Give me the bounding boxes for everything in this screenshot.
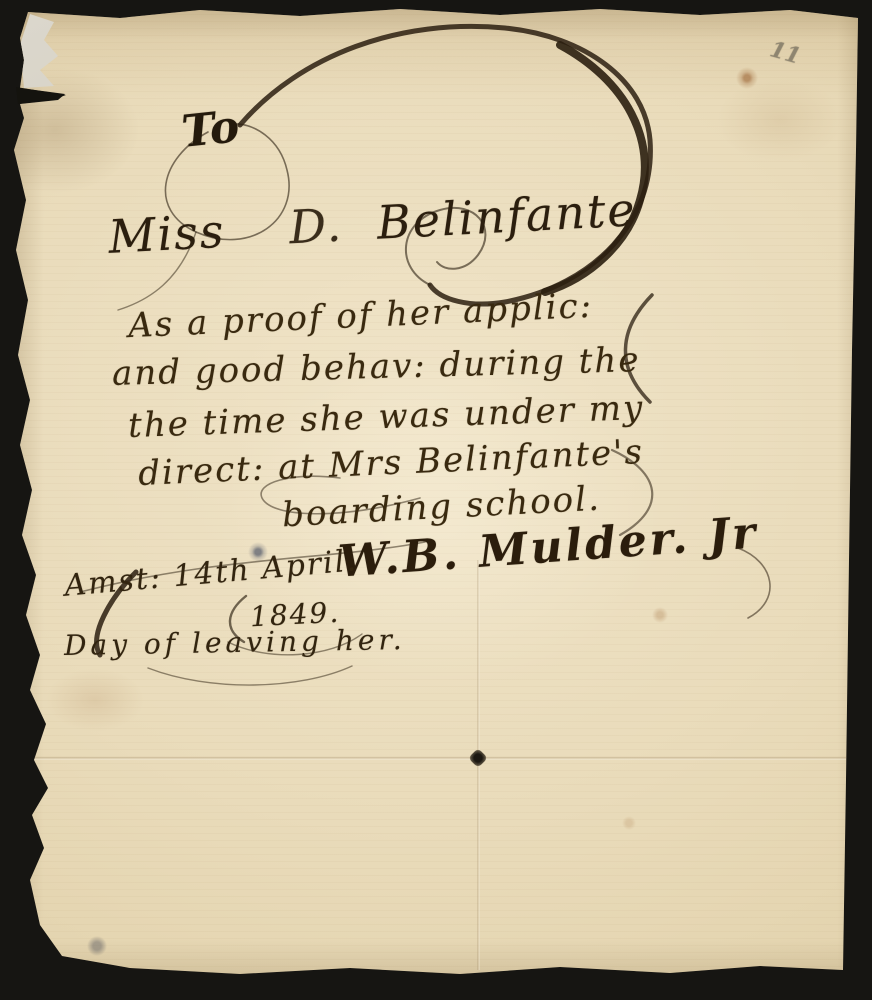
recipient-title: Miss [107,204,227,264]
scanned-letter-photo: To MissD.Belinfante As a proof of her ap… [0,0,872,1000]
document-paper: To MissD.Belinfante As a proof of her ap… [0,0,872,1000]
horizontal-fold-crease [22,757,846,760]
recipient-initial: D. [288,198,345,255]
salutation: To [179,101,241,158]
day-of-leaving-note: Day of leaving her. [64,623,406,662]
